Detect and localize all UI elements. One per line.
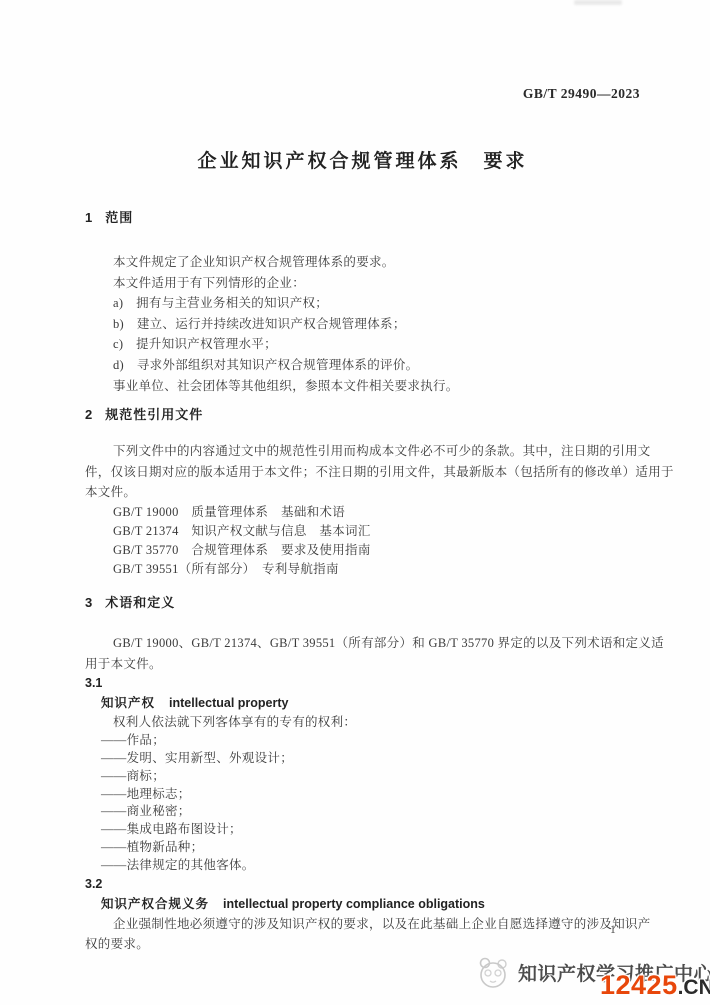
- list-item-a: a) 拥有与主营业务相关的知识产权；: [85, 293, 640, 314]
- watermark-brand-suffix: .CN: [678, 976, 710, 999]
- term-3-1-en: intellectual property: [169, 696, 288, 710]
- page-number: 1: [610, 924, 616, 936]
- definition-bullet: ——地理标志；: [85, 786, 640, 804]
- normative-reference: GB/T 19000 质量管理体系 基础和术语: [85, 503, 640, 522]
- document-title: 企业知识产权合规管理体系 要求: [85, 146, 640, 173]
- definition-bullet: ——商标；: [85, 768, 640, 786]
- definition-bullet: ——法律规定的其他客体。: [85, 857, 640, 875]
- panda-logo-icon: [476, 955, 512, 991]
- paragraph-line: 本文件规定了企业知识产权合规管理体系的要求。: [85, 252, 640, 273]
- section-2-number: 2: [85, 407, 93, 422]
- normative-reference: GB/T 35770 合规管理体系 要求及使用指南: [85, 541, 640, 560]
- definition-bullet: ——商业秘密；: [85, 803, 640, 821]
- term-3-2-number: 3.2: [85, 875, 640, 894]
- standard-code: GB/T 29490—2023: [85, 86, 640, 102]
- watermark: 知识产权学习推广中心 12425.CN: [476, 953, 710, 999]
- section-3-heading: 3术语和定义: [85, 592, 640, 611]
- watermark-brand: 12425.CN: [600, 970, 710, 1001]
- section-3-label: 术语和定义: [105, 595, 175, 610]
- section-1-number: 1: [85, 210, 93, 225]
- section-2-label: 规范性引用文件: [105, 407, 203, 422]
- term-3-2-definition-line: 权的要求。: [85, 934, 640, 955]
- section-2-body: 下列文件中的内容通过文中的规范性引用而构成本文件必不可少的条款。其中，注日期的引…: [85, 441, 640, 579]
- term-3-2-definition-line: 企业强制性地必须遵守的涉及知识产权的要求，以及在此基础上企业自愿选择遵守的涉及知…: [85, 914, 640, 935]
- term-3-1-title: 知识产权intellectual property: [85, 693, 640, 713]
- list-item-c: c) 提升知识产权管理水平；: [85, 334, 640, 355]
- section-3-body: GB/T 19000、GB/T 21374、GB/T 39551（所有部分）和 …: [85, 633, 640, 955]
- normative-reference: GB/T 21374 知识产权文献与信息 基本词汇: [85, 522, 640, 541]
- term-3-2-zh: 知识产权合规义务: [101, 897, 209, 911]
- definition-bullet: ——植物新品种；: [85, 839, 640, 857]
- term-3-1-number: 3.1: [85, 674, 640, 693]
- paragraph-line: 下列文件中的内容通过文中的规范性引用而构成本文件必不可少的条款。其中，注日期的引…: [85, 441, 640, 462]
- normative-reference: GB/T 39551（所有部分） 专利导航指南: [85, 560, 640, 579]
- term-3-2-en: intellectual property compliance obligat…: [223, 897, 485, 911]
- term-3-1-definition: 权利人依法就下列客体享有的专有的权利：: [85, 713, 640, 732]
- section-1-body: 本文件规定了企业知识产权合规管理体系的要求。 本文件适用于有下列情形的企业： a…: [85, 252, 640, 396]
- definition-bullet: ——集成电路布图设计；: [85, 821, 640, 839]
- definition-bullet: ——发明、实用新型、外观设计；: [85, 750, 640, 768]
- list-item-b: b) 建立、运行并持续改进知识产权合规管理体系；: [85, 314, 640, 335]
- paragraph-line: 用于本文件。: [85, 654, 640, 675]
- section-1-label: 范围: [105, 210, 133, 225]
- watermark-brand-number: 12425: [600, 970, 678, 1000]
- scan-artifact: [574, 0, 622, 5]
- section-2-heading: 2规范性引用文件: [85, 404, 640, 423]
- paragraph-line: 件，仅该日期对应的版本适用于本文件；不注日期的引用文件，其最新版本（包括所有的修…: [85, 462, 640, 483]
- document-page: GB/T 29490—2023 企业知识产权合规管理体系 要求 1范围 本文件规…: [0, 0, 710, 1005]
- definition-bullet: ——作品；: [85, 732, 640, 750]
- paragraph-line: GB/T 19000、GB/T 21374、GB/T 39551（所有部分）和 …: [85, 633, 640, 654]
- paragraph-line: 本文件。: [85, 482, 640, 503]
- list-item-d: d) 寻求外部组织对其知识产权合规管理体系的评价。: [85, 355, 640, 376]
- term-3-1-zh: 知识产权: [101, 696, 155, 710]
- paragraph-line: 事业单位、社会团体等其他组织，参照本文件相关要求执行。: [85, 376, 640, 397]
- section-3-number: 3: [85, 595, 93, 610]
- term-3-2-title: 知识产权合规义务intellectual property compliance…: [85, 894, 640, 914]
- paragraph-line: 本文件适用于有下列情形的企业：: [85, 273, 640, 294]
- section-1-heading: 1范围: [85, 207, 640, 226]
